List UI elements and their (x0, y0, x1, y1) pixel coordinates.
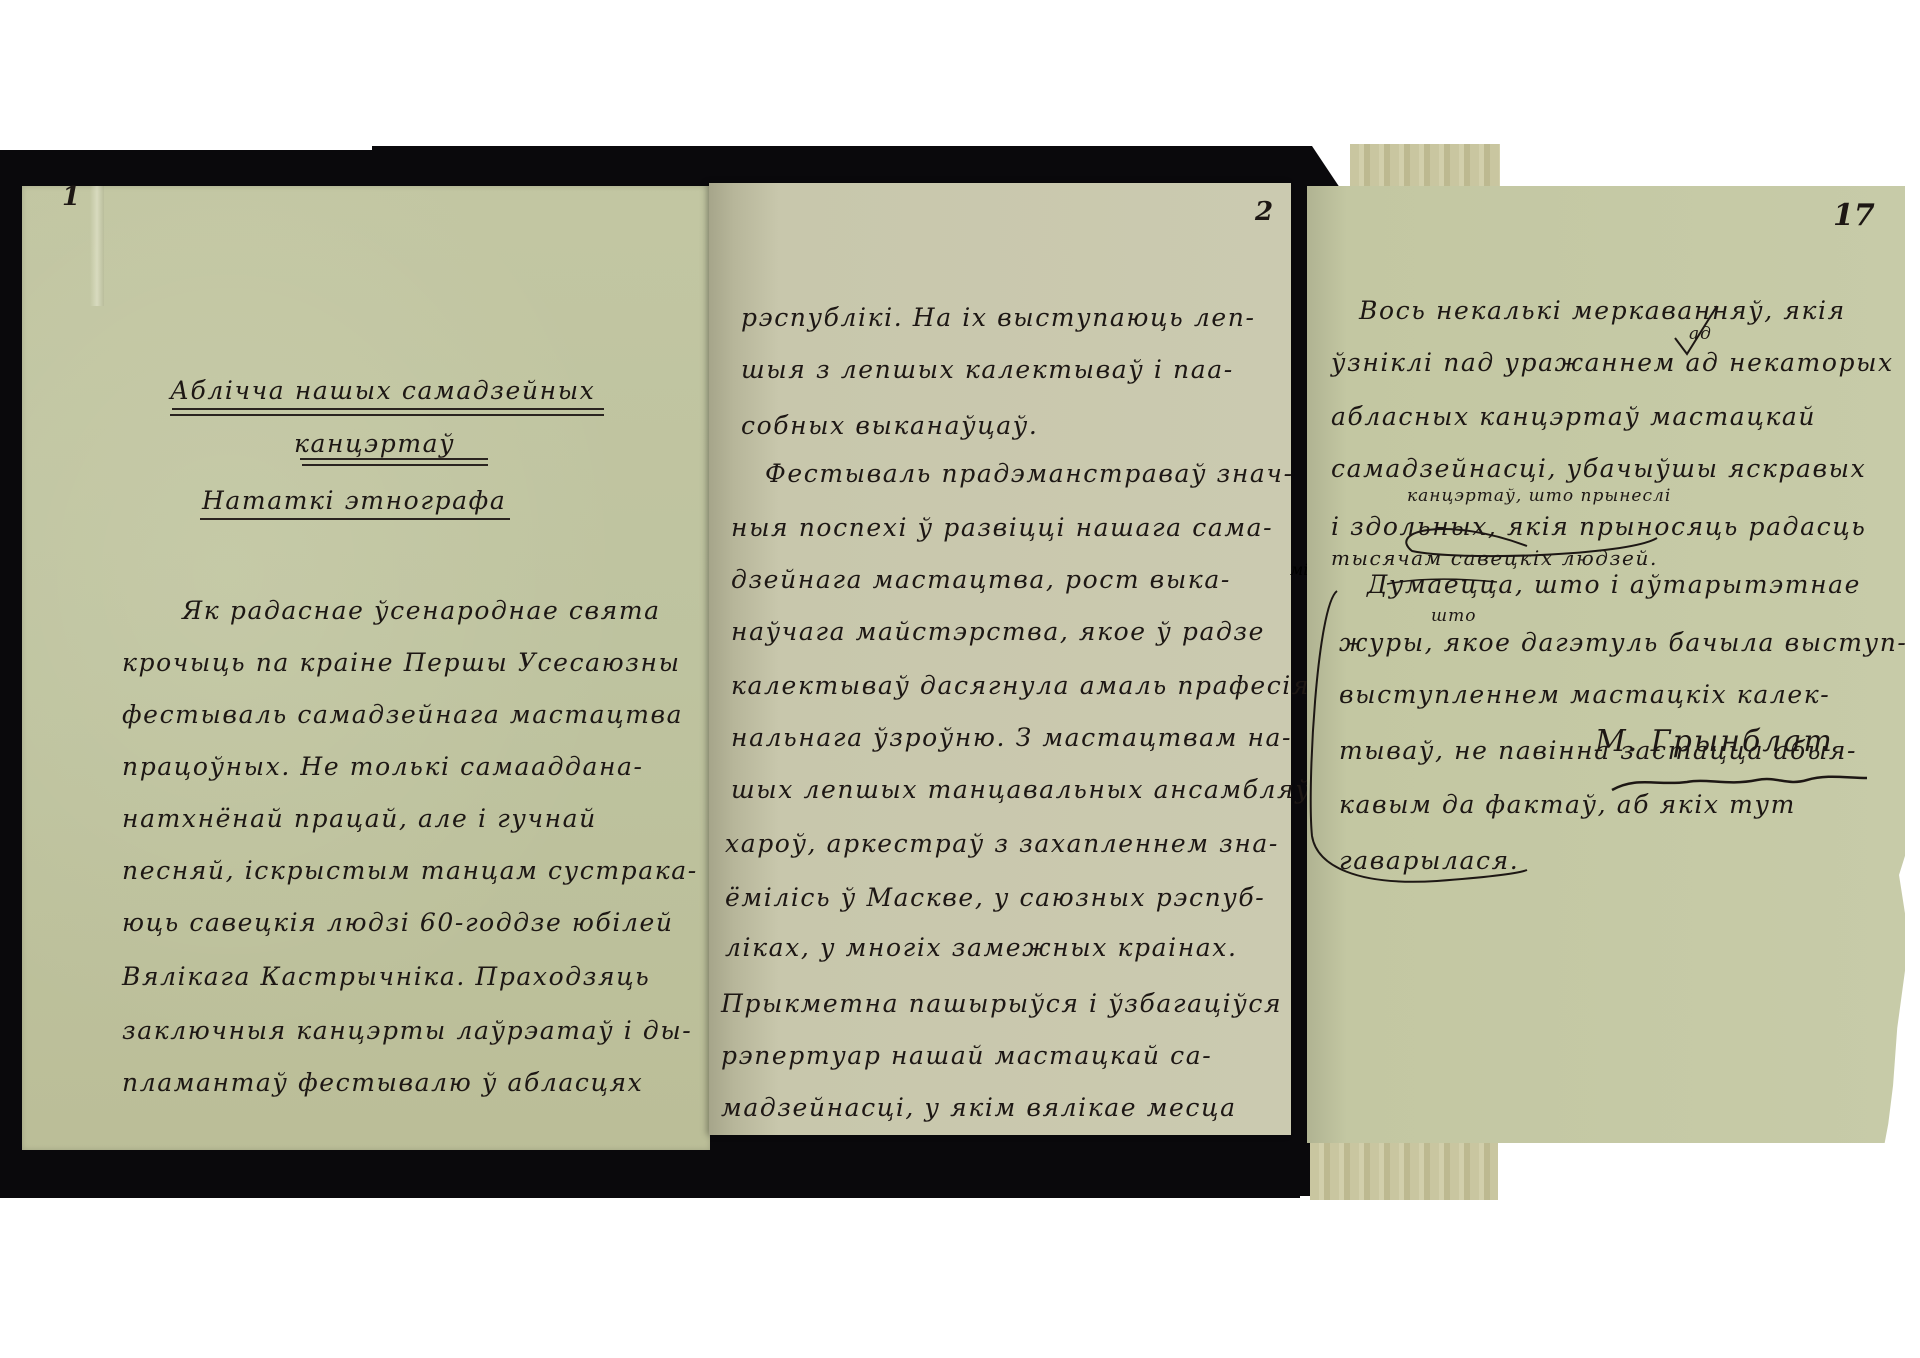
signature-underline (1307, 186, 1905, 1143)
text-line: ныя поспехі ў развіцці нашага сама- (731, 513, 1273, 542)
text-line: мадзейнасці, у якім вялікае месца (721, 1093, 1237, 1122)
manuscript-page-2: 2 рэспублікі. На іх выступаюць леп- шыя … (709, 183, 1291, 1135)
text-line: Прыкметна пашырыўся і ўзбагаціўся (721, 989, 1282, 1018)
text-line: юць савецкія людзі 60-годдзе юбілей (122, 908, 674, 937)
text-line: працоўных. Не толькі самааддана- (122, 752, 644, 781)
text-line: наўчага майстэрства, якое ў радзе (731, 617, 1265, 646)
text-line: калектываў дасягнула амаль прафесія- (731, 671, 1320, 700)
text-line: рэпертуар нашай мастацкай са- (721, 1041, 1212, 1070)
text-line: натхнёнай працай, але і гучнай (122, 804, 597, 833)
text-line: Вялікага Кастрычніка. Праходзяць (122, 962, 650, 991)
title-double-underline-2 (170, 414, 604, 416)
text-line: песняй, іскрыстым танцам сустрака- (122, 856, 698, 885)
underlying-page-strip-bottom (1310, 1140, 1498, 1200)
text-line: ліках, у многіх замежных краінах. (725, 933, 1238, 962)
page-number: 1 (62, 182, 80, 212)
title-underline-2b (302, 464, 488, 466)
margin-note: мі (1290, 560, 1308, 579)
text-line: дзейнага мастацтва, рост выка- (731, 565, 1231, 594)
backdrop-edge (0, 146, 372, 150)
title-line-1: Абліччa нашых самадзейных (170, 376, 595, 405)
manuscript-page-1: 1 Абліччa нашых самадзейных канцэртаў На… (22, 186, 710, 1150)
manuscript-page-3: 17 Вось некалькі меркаванняў, якія ад ўз… (1307, 186, 1905, 1143)
text-line: ёмілісь ў Маскве, у саюзных рэспуб- (725, 883, 1265, 912)
subtitle-underline (200, 518, 510, 520)
text-line: хароў, аркестраў з захапленнем зна- (725, 829, 1279, 858)
title-underline-2a (300, 458, 488, 460)
title-double-underline-1 (172, 408, 604, 410)
text-line: пламантаў фестывалю ў абласцях (122, 1068, 643, 1097)
text-line: заключныя канцэрты лаўрэатаў і ды- (122, 1016, 692, 1045)
text-line: шыя з лепшых калектываў і паа- (741, 355, 1234, 384)
underlying-page-strip-top (1350, 144, 1500, 190)
text-line: Як радаснае ўсенароднае свята (182, 596, 661, 625)
text-line: рэспублікі. На іх выступаюць леп- (741, 303, 1256, 332)
text-line: шых лепшых танцавальных ансамбляў, (731, 775, 1321, 804)
text-line: нальнага ўзроўню. З мастацтвам на- (731, 723, 1292, 752)
title-line-2: канцэртаў (294, 429, 455, 458)
subtitle-line: Нататкі этнографа (202, 486, 506, 515)
text-line: Фестываль прадэманстраваў знач- (765, 459, 1294, 488)
paper-fold (90, 186, 104, 306)
text-line: крочыць па краіне Першы Усесаюзны (122, 648, 681, 677)
page-number: 2 (1255, 197, 1273, 227)
text-line: фестываль самадзейнага мастацтва (122, 700, 683, 729)
text-line: собных выканаўцаў. (741, 411, 1038, 440)
